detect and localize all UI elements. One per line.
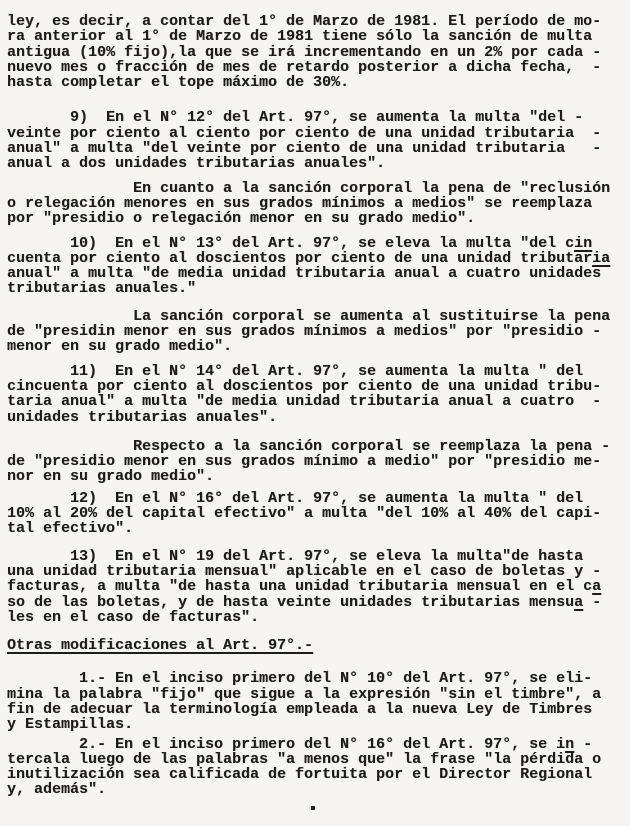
text-line: les en el caso de facturas".: [7, 610, 626, 625]
text-line: tributarias anuales.": [7, 281, 626, 296]
paragraph-intro: ley, es decir, a contar del 1° de Marzo …: [7, 14, 626, 90]
item-2: 2.- En el inciso primero del N° 16° del …: [7, 737, 626, 798]
text-line: inutilización sea calificada de fortuita…: [7, 767, 626, 782]
text-line: y, además".: [7, 782, 626, 797]
scanned-document-page: ley, es decir, a contar del 1° de Marzo …: [0, 0, 630, 826]
text-line: En cuanto a la sanción corporal la pena …: [7, 181, 626, 196]
ink-speck: [311, 806, 315, 810]
text-line: anual a dos unidades tributarias anuales…: [7, 156, 626, 171]
text-line: hasta completar el tope máximo de 30%.: [7, 75, 626, 90]
text-line: ley, es decir, a contar del 1° de Marzo …: [7, 14, 626, 29]
text-line: por "presidio o relegación menor en su g…: [7, 211, 626, 226]
item-9: 9) En el N° 12° del Art. 97°, se aumenta…: [7, 110, 626, 171]
text-line: y Estampillas.: [7, 717, 626, 732]
item-13: 13) En el N° 19 del Art. 97°, se eleva l…: [7, 549, 626, 625]
text-line: o relegación menores en sus grados mínim…: [7, 196, 626, 211]
text-line: fin de adecuar la terminología empleada …: [7, 702, 626, 717]
text-line: La sanción corporal se aumenta al sustit…: [7, 309, 626, 324]
text-line: de "presidin menor en sus grados mínimos…: [7, 324, 626, 339]
text-line: cincuenta por ciento al doscientos por c…: [7, 379, 626, 394]
text-line: Otras modificaciones al Art. 97°.-: [7, 638, 626, 653]
text-line: menor en su grado medio".: [7, 339, 626, 354]
item-1: 1.- En el inciso primero del N° 10° del …: [7, 671, 626, 732]
text-line: tercala luego de las palabras "a menos q…: [7, 752, 626, 767]
text-line: ra anterior al 1° de Marzo de 1981 tiene…: [7, 29, 626, 44]
text-line: de "presidio menor en sus grados mínimo …: [7, 454, 626, 469]
text-line: nuevo mes o fracción de mes de retardo p…: [7, 60, 626, 75]
text-line: 12) En el N° 16° del Art. 97°, se aument…: [7, 491, 626, 506]
section-heading-otras-modificaciones: Otras modificaciones al Art. 97°.-: [7, 638, 626, 653]
text-line: nor en su grado medio".: [7, 469, 626, 484]
text-line: veinte por ciento al ciento por ciento d…: [7, 126, 626, 141]
text-line: 1.- En el inciso primero del N° 10° del …: [7, 671, 626, 686]
text-line: anual" a multa "del veinte por ciento de…: [7, 141, 626, 156]
text-line: cuenta por ciento al doscientos por cien…: [7, 251, 626, 266]
text-line: 10) En el N° 13° del Art. 97°, se eleva …: [7, 236, 626, 251]
text-line: una unidad tributaria mensual" aplicable…: [7, 564, 626, 579]
paragraphs: ley, es decir, a contar del 1° de Marzo …: [7, 14, 626, 798]
text-line: 11) En el N° 14° del Art. 97°, se aument…: [7, 364, 626, 379]
text-line: tal efectivo".: [7, 521, 626, 536]
text-line: taria anual" a multa "de media unidad tr…: [7, 394, 626, 409]
text-line: Respecto a la sanción corporal se reempl…: [7, 439, 626, 454]
text-line: mina la palabra "fijo" que sigue a la ex…: [7, 687, 626, 702]
text-line: so de las boletas, y de hasta veinte uni…: [7, 595, 626, 610]
item-10: 10) En el N° 13° del Art. 97°, se eleva …: [7, 236, 626, 297]
text-line: antigua (10% fijo),la que se irá increme…: [7, 45, 626, 60]
text-line: anual" a multa "de media unidad tributar…: [7, 266, 626, 281]
text-line: 9) En el N° 12° del Art. 97°, se aumenta…: [7, 110, 626, 125]
item-11: 11) En el N° 14° del Art. 97°, se aument…: [7, 364, 626, 425]
text-line: 2.- En el inciso primero del N° 16° del …: [7, 737, 626, 752]
paragraph-sancion-corporal-10: La sanción corporal se aumenta al sustit…: [7, 309, 626, 355]
text-line: 13) En el N° 19 del Art. 97°, se eleva l…: [7, 549, 626, 564]
text-line: 10% al 20% del capital efectivo" a multa…: [7, 506, 626, 521]
text-line: facturas, a multa "de hasta una unidad t…: [7, 579, 626, 594]
paragraph-sancion-corporal-9: En cuanto a la sanción corporal la pena …: [7, 181, 626, 227]
text-line: unidades tributarias anuales".: [7, 410, 626, 425]
item-12: 12) En el N° 16° del Art. 97°, se aument…: [7, 491, 626, 537]
paragraph-sancion-corporal-11: Respecto a la sanción corporal se reempl…: [7, 439, 626, 485]
